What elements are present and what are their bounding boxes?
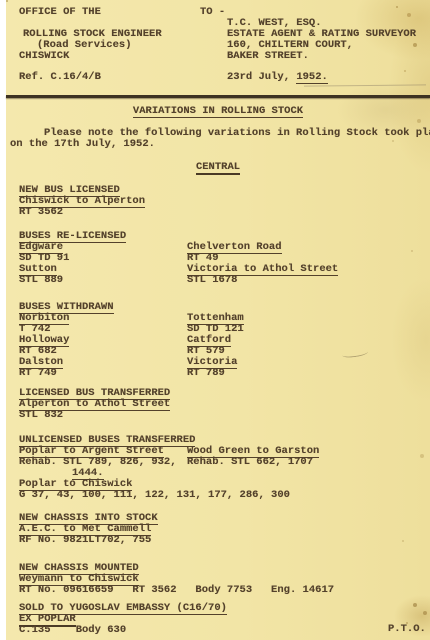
region-heading: CENTRAL bbox=[6, 162, 430, 173]
section-line: Rehab. STL 662, 1707 bbox=[187, 457, 313, 468]
reference-number: Ref. C.16/4/B bbox=[19, 72, 101, 83]
to-label: TO - bbox=[200, 7, 225, 18]
section-line: RF No. 9821LT702, 755 bbox=[19, 535, 151, 546]
date-prefix: 23rd July, bbox=[227, 71, 296, 83]
section-line: RT 749 bbox=[19, 368, 57, 379]
pto-label: P.T.O. bbox=[388, 624, 426, 635]
recipient-line-4: BAKER STREET. bbox=[227, 51, 309, 62]
section-line: STL 889 bbox=[19, 275, 63, 286]
section-line: C.135 Body 630 bbox=[19, 625, 126, 636]
section-line: STL 1678 bbox=[187, 275, 237, 286]
date-line: 23rd July, 1952. bbox=[227, 72, 328, 83]
pencil-mark bbox=[304, 84, 426, 86]
intro-line-2: on the 17th July, 1952. bbox=[10, 139, 155, 150]
section-line: RT No. 09616659 RT 3562 Body 7753 Eng. 1… bbox=[19, 585, 334, 596]
pencil-squiggle bbox=[342, 348, 369, 359]
section-line: G 37, 43, 100, 111, 122, 131, 177, 286, … bbox=[19, 490, 290, 501]
document-paper: OFFICE OF THE ROLLING STOCK ENGINEER (Ro… bbox=[6, 0, 430, 640]
paper-specks bbox=[6, 0, 8, 2]
divider-rule bbox=[6, 95, 430, 98]
section-line: RT 3562 bbox=[19, 207, 63, 218]
date-year: 1952. bbox=[296, 71, 328, 84]
section-line: RT 789 bbox=[187, 368, 225, 379]
office-line-1: OFFICE OF THE bbox=[19, 7, 101, 18]
section-line: STL 832 bbox=[19, 410, 63, 421]
office-line-4: CHISWICK bbox=[19, 51, 69, 62]
document-title: VARIATIONS IN ROLLING STOCK bbox=[6, 106, 430, 117]
